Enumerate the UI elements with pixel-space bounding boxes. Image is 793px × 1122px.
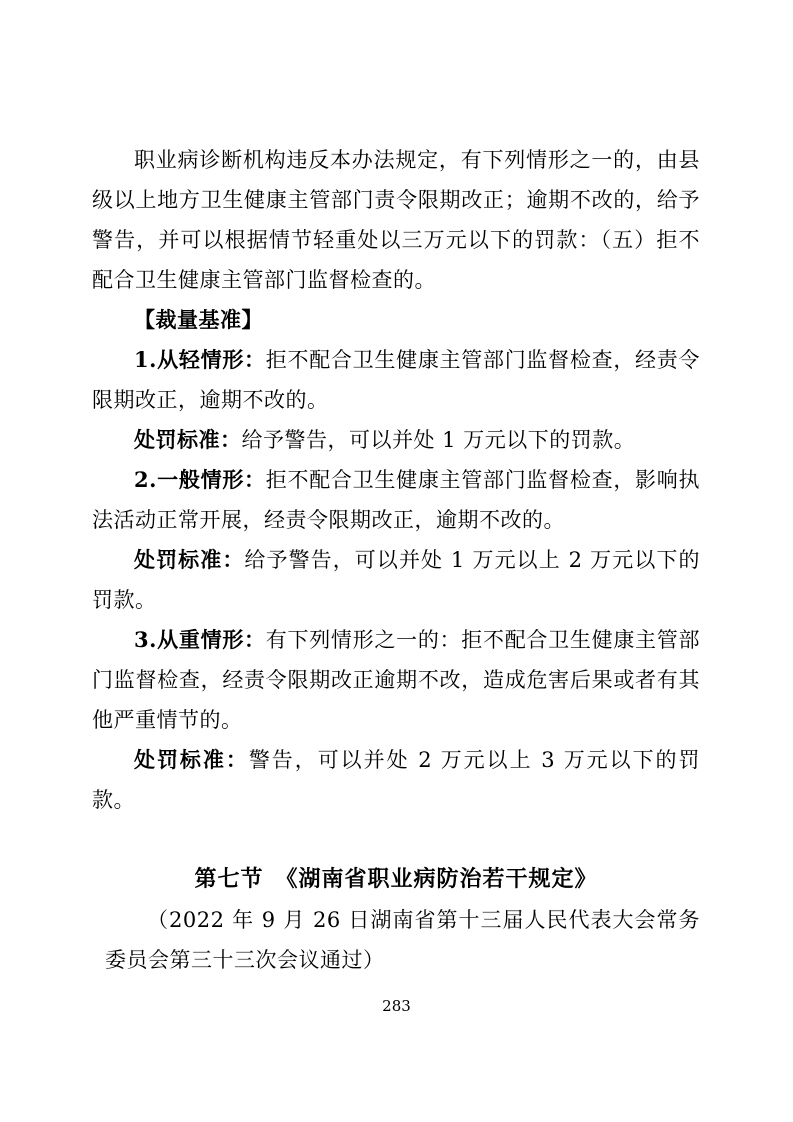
paragraph-violation-clause: 职业病诊断机构违反本办法规定，有下列情形之一的，由县级以上地方卫生健康主管部门责… — [92, 140, 700, 300]
clause-penalty-standard-2-label: 处罚标准： — [134, 547, 244, 572]
clause-general-circumstance: 2.一般情形：拒不配合卫生健康主管部门监督检查，影响执法活动正常开展，经责令限期… — [92, 460, 700, 540]
clause-lenient-label: 1.从轻情形： — [134, 347, 266, 372]
section-note: （2022 年 9 月 26 日湖南省第十三届人民代表大会常务委员会第三十三次会… — [92, 900, 700, 980]
document-page: 职业病诊断机构违反本办法规定，有下列情形之一的，由县级以上地方卫生健康主管部门责… — [0, 0, 793, 1122]
clause-penalty-standard-1: 处罚标准：给予警告，可以并处 1 万元以下的罚款。 — [92, 420, 700, 460]
clause-penalty-standard-1-text: 给予警告，可以并处 1 万元以下的罚款。 — [242, 428, 636, 452]
clause-lenient-circumstance: 1.从轻情形：拒不配合卫生健康主管部门监督检查，经责令限期改正，逾期不改的。 — [92, 340, 700, 420]
clause-severe-label: 3.从重情形： — [134, 627, 266, 652]
clause-general-label: 2.一般情形： — [134, 467, 266, 492]
clause-penalty-standard-3-label: 处罚标准： — [134, 747, 249, 772]
heading-discretion-benchmark: 【裁量基准】 — [92, 300, 700, 340]
clause-penalty-standard-2: 处罚标准：给予警告，可以并处 1 万元以上 2 万元以下的罚款。 — [92, 540, 700, 620]
clause-severe-circumstance: 3.从重情形：有下列情形之一的：拒不配合卫生健康主管部门监督检查，经责令限期改正… — [92, 620, 700, 740]
section-heading: 第七节 《湖南省职业病防治若干规定》 — [92, 860, 700, 900]
clause-penalty-standard-1-label: 处罚标准： — [134, 427, 242, 452]
page-number: 283 — [0, 995, 793, 1017]
clause-penalty-standard-3: 处罚标准：警告，可以并处 2 万元以上 3 万元以下的罚款。 — [92, 740, 700, 820]
document-body: 职业病诊断机构违反本办法规定，有下列情形之一的，由县级以上地方卫生健康主管部门责… — [92, 140, 700, 980]
